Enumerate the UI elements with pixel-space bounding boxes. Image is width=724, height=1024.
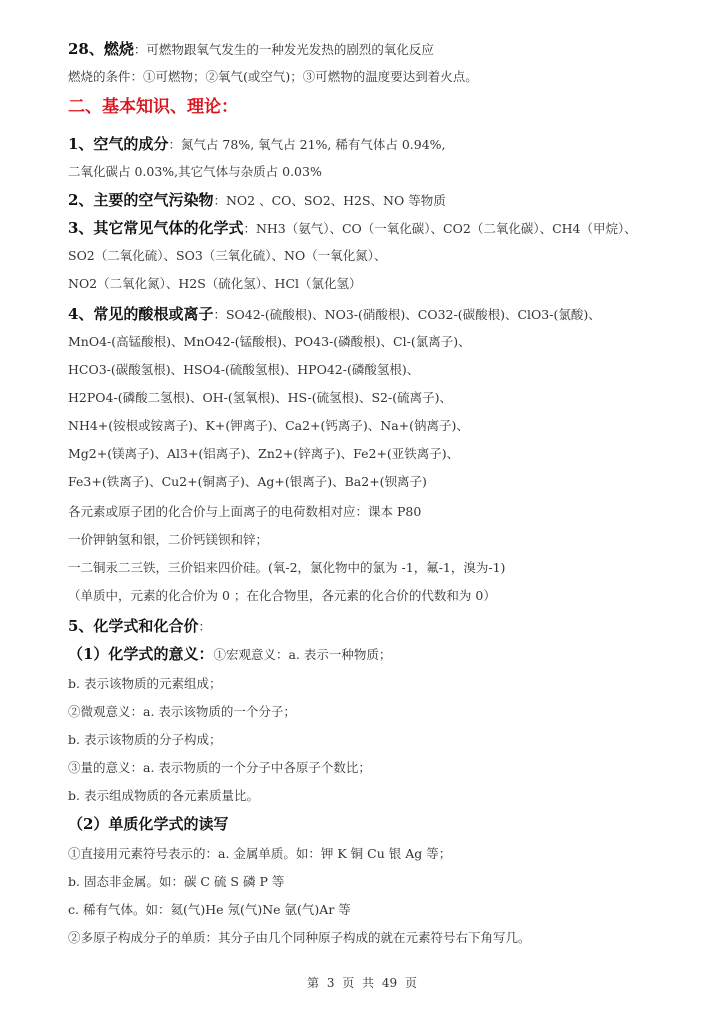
line-text: SO2（二氧化硫）、SO3（三氧化硫）、NO（一氧化氮）、 — [68, 248, 386, 263]
line-text: b. 表示组成物质的各元素质量比。 — [68, 788, 259, 803]
line-text: ： — [198, 619, 211, 634]
line-solid-nonmetal: b. 固态非金属。如：碳 C 硫 S 磷 P 等 — [68, 873, 284, 891]
line-ions-4: NH4+(铵根或铵离子)、K+(钾离子)、Ca2+(钙离子)、Na+(钠离子)、 — [68, 417, 469, 435]
line-text: 燃烧的条件：①可燃物；②氧气(或空气)；③可燃物的温度要达到着火点。 — [68, 69, 478, 84]
term-label: 5、化学式和化合价 — [68, 617, 198, 635]
line-text: ①宏观意义：a. 表示一种物质； — [213, 647, 391, 662]
line-gas-formulas: 3、其它常见气体的化学式：NH3（氨气）、CO（一氧化碳）、CO2（二氧化碳）、… — [68, 219, 637, 238]
line-formula-valence-heading: 5、化学式和化合价： — [68, 617, 211, 636]
term-label: 4、常见的酸根或离子 — [68, 305, 213, 323]
line-text: H2PO4-(磷酸二氢根)、OH-(氢氧根)、HS-(硫氢根)、S2-(硫离子)… — [68, 390, 452, 405]
line-element-formula-heading: （2）单质化学式的读写 — [68, 815, 228, 834]
line-valence-rhyme-1: 一价钾钠氢和银，二价钙镁钡和锌； — [68, 531, 268, 549]
line-text: ：NH3（氨气）、CO（一氧化碳）、CO2（二氧化碳）、CH4（甲烷）、 — [243, 221, 636, 236]
line-quantity-meaning: ③量的意义：a. 表示物质的一个分子中各原子个数比； — [68, 759, 371, 777]
section-heading: 二、基本知识、理论： — [68, 98, 238, 116]
line-valence-rule: （单质中，元素的化合价为 0 ；在化合物里，各元素的化合价的代数和为 0） — [68, 587, 496, 605]
page-number: 第 3 页 共 49 页 — [0, 974, 724, 991]
line-combustion-definition: 28、燃烧：可燃物跟氧气发生的一种发光发热的剧烈的氧化反应 — [68, 40, 434, 59]
line-meaning-b3: b. 表示组成物质的各元素质量比。 — [68, 787, 259, 805]
line-text: ②多原子构成分子的单质：其分子由几个同种原子构成的就在元素符号右下角写几。 — [68, 930, 531, 945]
line-text: Mg2+(镁离子)、Al3+(铝离子)、Zn2+(锌离子)、Fe2+(亚铁离子)… — [68, 446, 459, 461]
line-text: HCO3-(碳酸氢根)、HSO4-(硫酸氢根)、HPO42-(磷酸氢根)、 — [68, 362, 419, 377]
line-gas-formulas-3: NO2（二氧化氮）、H2S（硫化氢）、HCl（氯化氢） — [68, 275, 362, 293]
line-text: 二氧化碳占 0.03%,其它气体与杂质占 0.03% — [68, 164, 322, 179]
line-air-composition-cont: 二氧化碳占 0.03%,其它气体与杂质占 0.03% — [68, 163, 322, 181]
line-text: ②微观意义：a. 表示该物质的一个分子； — [68, 704, 296, 719]
line-polyatomic: ②多原子构成分子的单质：其分子由几个同种原子构成的就在元素符号右下角写几。 — [68, 929, 531, 947]
document-page: 28、燃烧：可燃物跟氧气发生的一种发光发热的剧烈的氧化反应 燃烧的条件：①可燃物… — [0, 0, 724, 1024]
line-ions-3: H2PO4-(磷酸二氢根)、OH-(氢氧根)、HS-(硫氢根)、S2-(硫离子)… — [68, 389, 452, 407]
line-text: ：SO42-(硫酸根)、NO3-(硝酸根)、CO32-(碳酸根)、ClO3-(氯… — [213, 307, 600, 322]
line-air-pollutants: 2、主要的空气污染物：NO2 、CO、SO2、H2S、NO 等物质 — [68, 191, 446, 210]
line-text: c. 稀有气体。如：氦(气)He 氖(气)Ne 氩(气)Ar 等 — [68, 902, 351, 917]
line-valence-rhyme-2: 一二铜汞二三铁，三价铝来四价硅。(氧-2，氯化物中的氯为 -1，氟-1，溴为-1… — [68, 559, 505, 577]
subheading-label: （1）化学式的意义： — [68, 645, 213, 663]
line-micro-meaning: ②微观意义：a. 表示该物质的一个分子； — [68, 703, 296, 721]
line-text: ：NO2 、CO、SO2、H2S、NO 等物质 — [213, 193, 445, 208]
line-ions-1: MnO4-(高锰酸根)、MnO42-(锰酸根)、PO43-(磷酸根)、Cl-(氯… — [68, 333, 471, 351]
line-text: 各元素或原子团的化合价与上面离子的电荷数相对应：课本 P80 — [68, 504, 421, 519]
line-text: Fe3+(铁离子)、Cu2+(铜离子)、Ag+(银离子)、Ba2+(钡离子) — [68, 474, 427, 489]
line-acid-radicals: 4、常见的酸根或离子：SO42-(硫酸根)、NO3-(硝酸根)、CO32-(碳酸… — [68, 305, 601, 324]
line-text: （单质中，元素的化合价为 0 ；在化合物里，各元素的化合价的代数和为 0） — [68, 588, 496, 603]
subheading-label: （2）单质化学式的读写 — [68, 815, 228, 833]
line-formula-meaning: （1）化学式的意义：①宏观意义：a. 表示一种物质； — [68, 645, 391, 664]
term-label: 3、其它常见气体的化学式 — [68, 219, 243, 237]
line-valence-note: 各元素或原子团的化合价与上面离子的电荷数相对应：课本 P80 — [68, 503, 421, 521]
line-text: ③量的意义：a. 表示物质的一个分子中各原子个数比； — [68, 760, 371, 775]
line-text: 一价钾钠氢和银，二价钙镁钡和锌； — [68, 532, 268, 547]
line-text: ：氮气占 78%, 氧气占 21%, 稀有气体占 0.94%, — [168, 137, 445, 152]
line-text: MnO4-(高锰酸根)、MnO42-(锰酸根)、PO43-(磷酸根)、Cl-(氯… — [68, 334, 471, 349]
line-air-composition: 1、空气的成分：氮气占 78%, 氧气占 21%, 稀有气体占 0.94%, — [68, 135, 446, 154]
line-text: NH4+(铵根或铵离子)、K+(钾离子)、Ca2+(钙离子)、Na+(钠离子)、 — [68, 418, 469, 433]
line-element-symbol: ①直接用元素符号表示的：a. 金属单质。如：钾 K 铜 Cu 银 Ag 等； — [68, 845, 451, 863]
line-ions-2: HCO3-(碳酸氢根)、HSO4-(硫酸氢根)、HPO42-(磷酸氢根)、 — [68, 361, 419, 379]
line-text: b. 表示该物质的元素组成； — [68, 676, 221, 691]
line-text: 一二铜汞二三铁，三价铝来四价硅。(氧-2，氯化物中的氯为 -1，氟-1，溴为-1… — [68, 560, 505, 575]
term-label: 2、主要的空气污染物 — [68, 191, 213, 209]
line-text: b. 表示该物质的分子构成； — [68, 732, 221, 747]
line-meaning-b1: b. 表示该物质的元素组成； — [68, 675, 221, 693]
line-ions-5: Mg2+(镁离子)、Al3+(铝离子)、Zn2+(锌离子)、Fe2+(亚铁离子)… — [68, 445, 459, 463]
line-text: ：可燃物跟氧气发生的一种发光发热的剧烈的氧化反应 — [134, 42, 434, 57]
line-combustion-conditions: 燃烧的条件：①可燃物；②氧气(或空气)；③可燃物的温度要达到着火点。 — [68, 68, 478, 86]
line-noble-gas: c. 稀有气体。如：氦(气)He 氖(气)Ne 氩(气)Ar 等 — [68, 901, 351, 919]
line-meaning-b2: b. 表示该物质的分子构成； — [68, 731, 221, 749]
term-label: 28、燃烧 — [68, 40, 134, 58]
term-label: 1、空气的成分 — [68, 135, 168, 153]
line-gas-formulas-2: SO2（二氧化硫）、SO3（三氧化硫）、NO（一氧化氮）、 — [68, 247, 386, 265]
line-ions-6: Fe3+(铁离子)、Cu2+(铜离子)、Ag+(银离子)、Ba2+(钡离子) — [68, 473, 427, 491]
line-text: b. 固态非金属。如：碳 C 硫 S 磷 P 等 — [68, 874, 284, 889]
line-text: ①直接用元素符号表示的：a. 金属单质。如：钾 K 铜 Cu 银 Ag 等； — [68, 846, 451, 861]
line-text: NO2（二氧化氮）、H2S（硫化氢）、HCl（氯化氢） — [68, 276, 362, 291]
